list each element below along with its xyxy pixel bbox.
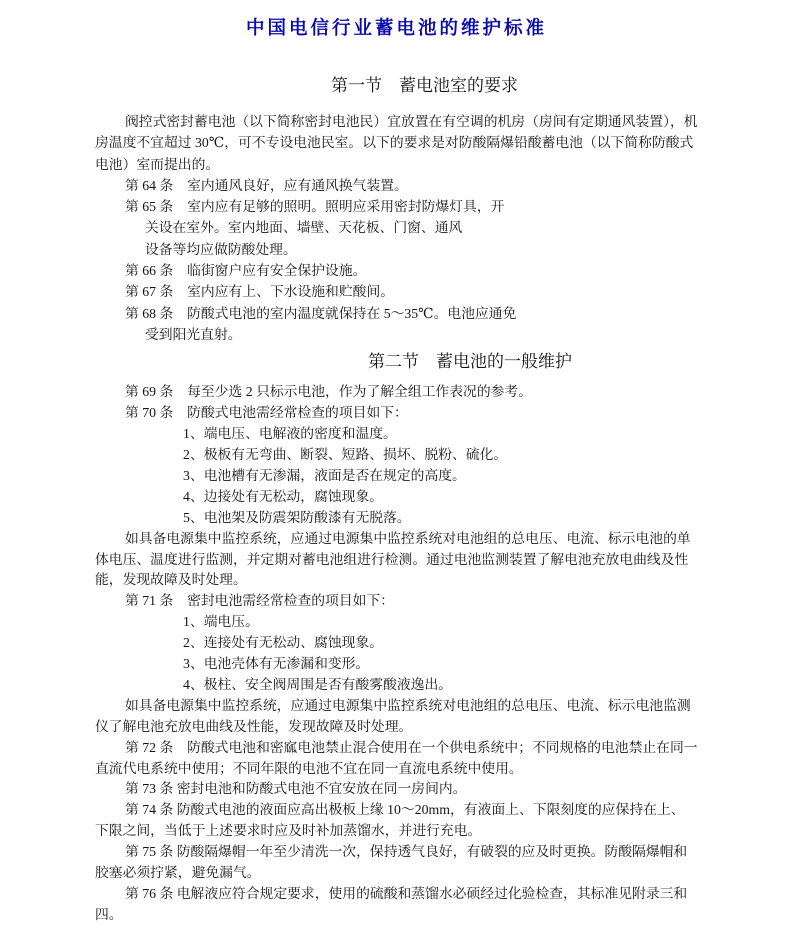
section-2-heading: 第二节 蓄电池的一般维护 — [0, 351, 793, 373]
text-line: 房温度不宜超过 30℃，可不专设电池民室。以下的要求是对防酸隔爆铅酸蓄电池（以下… — [95, 132, 793, 153]
text-line: 2、极板有无弯曲、断裂、短路、损坏、脱粉、硫化。 — [95, 445, 793, 466]
text-line: 4、边接处有无松动，腐蚀现象。 — [95, 487, 793, 508]
text-line: 四。 — [95, 905, 793, 926]
text-line: 4、极柱、安全阀周围是否有酸雾酸液逸出。 — [95, 675, 793, 696]
section-general-maintenance: 第二节 蓄电池的一般维护 第 69 条 每至少选 2 只标示电池，作为了解全组工… — [95, 351, 793, 926]
text-line: 能，发现故障及时处理。 — [95, 570, 793, 591]
text-line: 第 69 条 每至少选 2 只标示电池，作为了解全组工作表况的参考。 — [95, 382, 793, 403]
text-line: 仪了解电池充放电曲线及性能，发现故障及时处理。 — [95, 717, 793, 738]
text-line: 第 72 条 防酸式电池和密寙电池禁止混合使用在一个供电系统中；不同规格的电池禁… — [95, 738, 793, 759]
text-line: 设备等均应做防酸处理。 — [95, 239, 793, 260]
text-line: 第 64 条 室内通风良好，应有通风换气装置。 — [95, 175, 793, 196]
text-line: 第 70 条 防酸式电池需经常检查的项目如下： — [95, 403, 793, 424]
text-line: 如具备电源集中监控系统，应通过电源集中监控系统对电池组的总电压、电流、标示电池的… — [95, 529, 793, 550]
text-line: 第 71 条 密封电池需经常检查的项目如下： — [95, 591, 793, 612]
section-1-body: 阀控式密封蓄电池（以下简称密封电池民）宜放置在有空调的机房（房间有定期通风装置）… — [95, 111, 793, 345]
text-line: 胶塞必须拧紧，避免漏气。 — [95, 863, 793, 884]
text-line: 第 67 条 室内应有上、下水设施和贮酸间。 — [95, 281, 793, 302]
text-line: 第 73 条 密封电池和防酸式电池不宜安放在同一房间内。 — [95, 779, 793, 800]
text-line: 电池）室而提出的。 — [95, 154, 793, 175]
text-line: 1、端电压、电解液的密度和温度。 — [95, 424, 793, 445]
text-line: 第 76 条 电解液应符合规定要求，使用的硫酸和蒸馏水必硕经过化验检查，其标准见… — [95, 884, 793, 905]
text-line: 第 66 条 临街窗户应有安全保护设施。 — [95, 260, 793, 281]
text-line: 阀控式密封蓄电池（以下简称密封电池民）宜放置在有空调的机房（房间有定期通风装置）… — [95, 111, 793, 132]
text-line: 3、电池槽有无渗漏，液面是否在规定的高度。 — [95, 466, 793, 487]
section-battery-room-requirements: 第一节 蓄电池室的要求 阀控式密封蓄电池（以下简称密封电池民）宜放置在有空调的机… — [95, 75, 793, 345]
text-line: 第 75 条 防酸隔爆帽一年至少清洗一次，保持透气良好，有破裂的应及时更换。防酸… — [95, 842, 793, 863]
text-line: 直流代电系统中使用；不同年限的电池不宜在同一直流电系统中使用。 — [95, 759, 793, 780]
text-line: 第 68 条 防酸式电池的室内温度就保持在 5～35℃。电池应通免 — [95, 303, 793, 324]
text-line: 如具备电源集中监控系统，应通过电源集中监控系统对电池组的总电压、电流、标示电池监… — [95, 696, 793, 717]
text-line: 2、连接处有无松动、腐蚀现象。 — [95, 633, 793, 654]
text-line: 1、端电压。 — [95, 612, 793, 633]
text-line: 关设在室外。室内地面、墙壁、天花板、门窗、通风 — [95, 217, 793, 238]
document-page: 中国电信行业蓄电池的维护标准 第一节 蓄电池室的要求 阀控式密封蓄电池（以下简称… — [0, 0, 793, 927]
text-line: 下限之间，当低于上述要求时应及时补加蒸馏水，并进行充电。 — [95, 821, 793, 842]
text-line: 第 65 条 室内应有足够的照明。照明应采用密封防爆灯具，开 — [95, 196, 793, 217]
text-line: 5、电池架及防震架防酸漆有无脱落。 — [95, 508, 793, 529]
text-line: 体电压、温度进行监测，并定期对蓄电池组进行检测。通过电池监测装置了解电池充放电曲… — [95, 550, 793, 571]
section-2-body: 第 69 条 每至少选 2 只标示电池，作为了解全组工作表况的参考。第 70 条… — [95, 382, 793, 926]
section-1-heading: 第一节 蓄电池室的要求 — [0, 75, 793, 97]
document-title: 中国电信行业蓄电池的维护标准 — [0, 16, 793, 39]
text-line: 第 74 条 防酸式电池的液面应高出极板上缘 10～20mm，有液面上、下限刻度… — [95, 800, 793, 821]
text-line: 3、电池壳体有无渗漏和变形。 — [95, 654, 793, 675]
text-line: 受到阳光直射。 — [95, 324, 793, 345]
